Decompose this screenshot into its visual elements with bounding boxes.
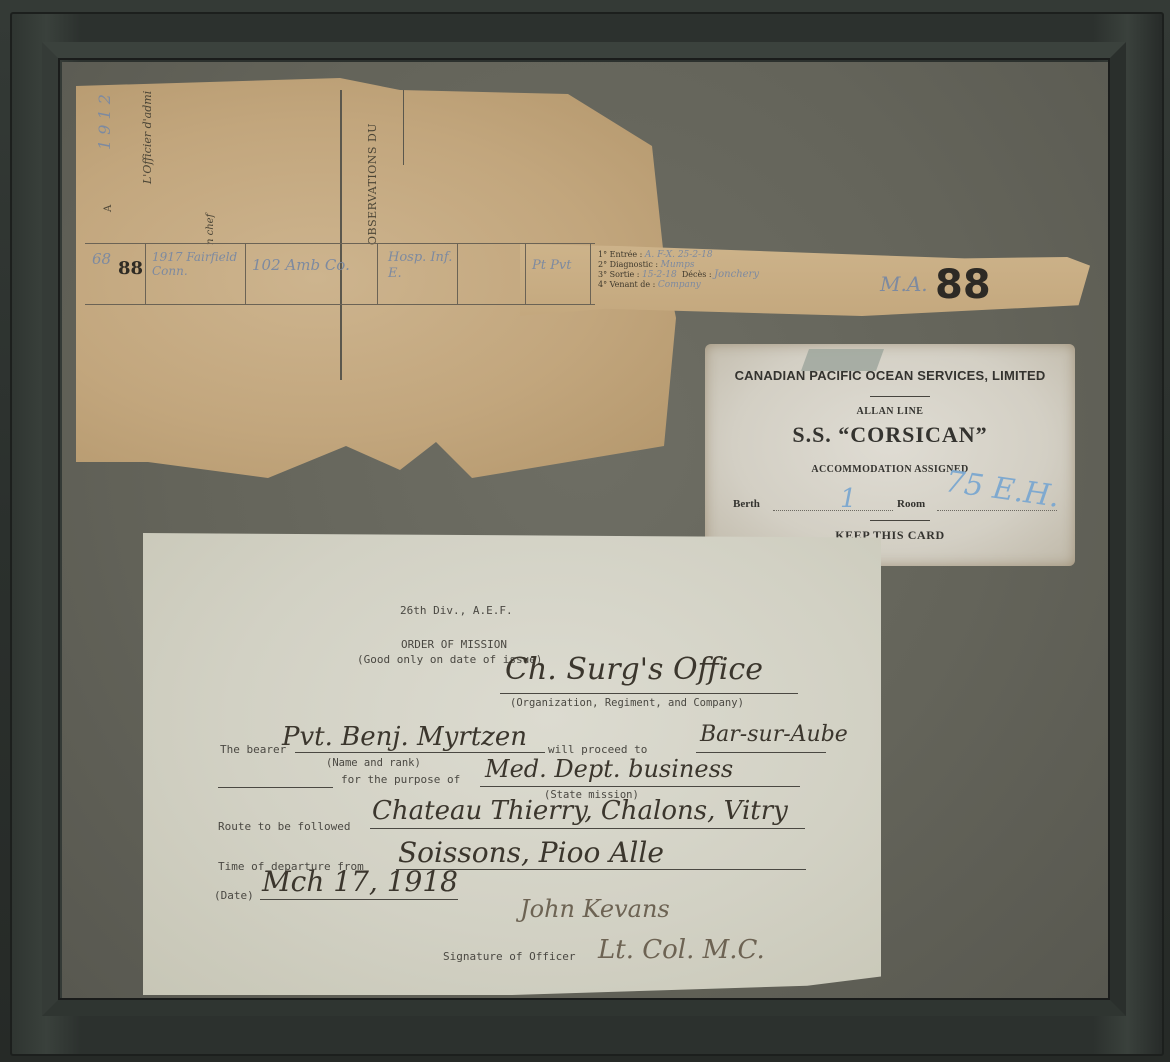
order-signature-name: John Kevans bbox=[520, 895, 670, 923]
order-bearer-value: Pvt. Benj. Myrtzen bbox=[282, 722, 527, 752]
card-divider bbox=[870, 396, 930, 397]
slip-label-observations: OBSERVATIONS DU bbox=[366, 123, 379, 245]
berth-value: 1 bbox=[840, 484, 857, 514]
slip-row-number: 88 bbox=[118, 258, 143, 279]
label-diagnostic: 2° Diagnostic : bbox=[598, 260, 658, 269]
order-route-label: Route to be followed bbox=[218, 820, 350, 833]
cp-accommodation-card: CANADIAN PACIFIC OCEAN SERVICES, LIMITED… bbox=[705, 344, 1075, 566]
order-title: ORDER OF MISSION bbox=[401, 638, 507, 651]
slip-big-number: 88 bbox=[935, 262, 991, 308]
card-line: ALLAN LINE bbox=[705, 406, 1075, 417]
slip-pencil-prefix: 68 bbox=[92, 250, 111, 268]
order-name-caption: (Name and rank) bbox=[326, 757, 421, 769]
berth-label: Berth bbox=[733, 498, 760, 510]
slip-label-officier: L'Officier d'admi bbox=[141, 91, 154, 184]
order-bearer-label: The bearer bbox=[220, 743, 286, 756]
value-diagnostic: Mumps bbox=[661, 260, 695, 270]
value-entree: A. F-X. 25-2-18 bbox=[645, 250, 713, 260]
slip-rule bbox=[340, 90, 342, 380]
order-organization-value: Ch. Surg's Office bbox=[505, 652, 763, 687]
order-proceed-value: Bar-sur-Aube bbox=[700, 722, 848, 747]
order-date-label: (Date) bbox=[214, 889, 254, 902]
order-purpose-value: Med. Dept. business bbox=[485, 755, 733, 783]
label-venant: 4° Venant de : bbox=[598, 280, 655, 289]
label-deces: Décès : bbox=[682, 270, 712, 279]
room-label: Room bbox=[897, 498, 925, 510]
label-entree: 1° Entrée : bbox=[598, 250, 642, 259]
slip-rule bbox=[403, 90, 404, 165]
order-route-value: Chateau Thierry, Chalons, Vitry bbox=[372, 796, 788, 826]
value-venant: Company bbox=[658, 280, 701, 290]
order-date-value: Mch 17, 1918 bbox=[262, 865, 458, 898]
value-sortie: 15-2-18 bbox=[642, 270, 677, 280]
card-company: CANADIAN PACIFIC OCEAN SERVICES, LIMITED bbox=[705, 368, 1075, 383]
slip-label-chef: n chef bbox=[205, 214, 216, 245]
card-ship-name: S.S. “CORSICAN” bbox=[705, 422, 1075, 448]
slip-cell-origin: 1917 Fairfield Conn. bbox=[152, 250, 242, 278]
order-division: 26th Div., A.E.F. bbox=[400, 604, 513, 617]
slip-cell-unit: 102 Amb Co. bbox=[252, 256, 350, 274]
order-signature-rank: Lt. Col. M.C. bbox=[598, 935, 765, 965]
value-deces: Jonchery bbox=[714, 269, 759, 280]
slip-pencil-ma: M.A. bbox=[880, 272, 928, 296]
order-organization-caption: (Organization, Regiment, and Company) bbox=[510, 697, 744, 709]
slip-label-a: A bbox=[103, 205, 114, 212]
slip-entry-block: 1° Entrée : A. F-X. 25-2-18 2° Diagnosti… bbox=[598, 250, 759, 290]
label-sortie: 3° Sortie : bbox=[598, 270, 640, 279]
slip-pencil-year: 1 9 1 2 bbox=[95, 94, 114, 150]
slip-cell-hosp: Hosp. Inf. E. bbox=[388, 250, 468, 282]
slip-cell-rank: Pt Pvt bbox=[532, 258, 571, 273]
order-purpose-label: for the purpose of bbox=[341, 773, 460, 786]
card-divider bbox=[870, 520, 930, 521]
order-signature-label: Signature of Officer bbox=[443, 950, 575, 963]
